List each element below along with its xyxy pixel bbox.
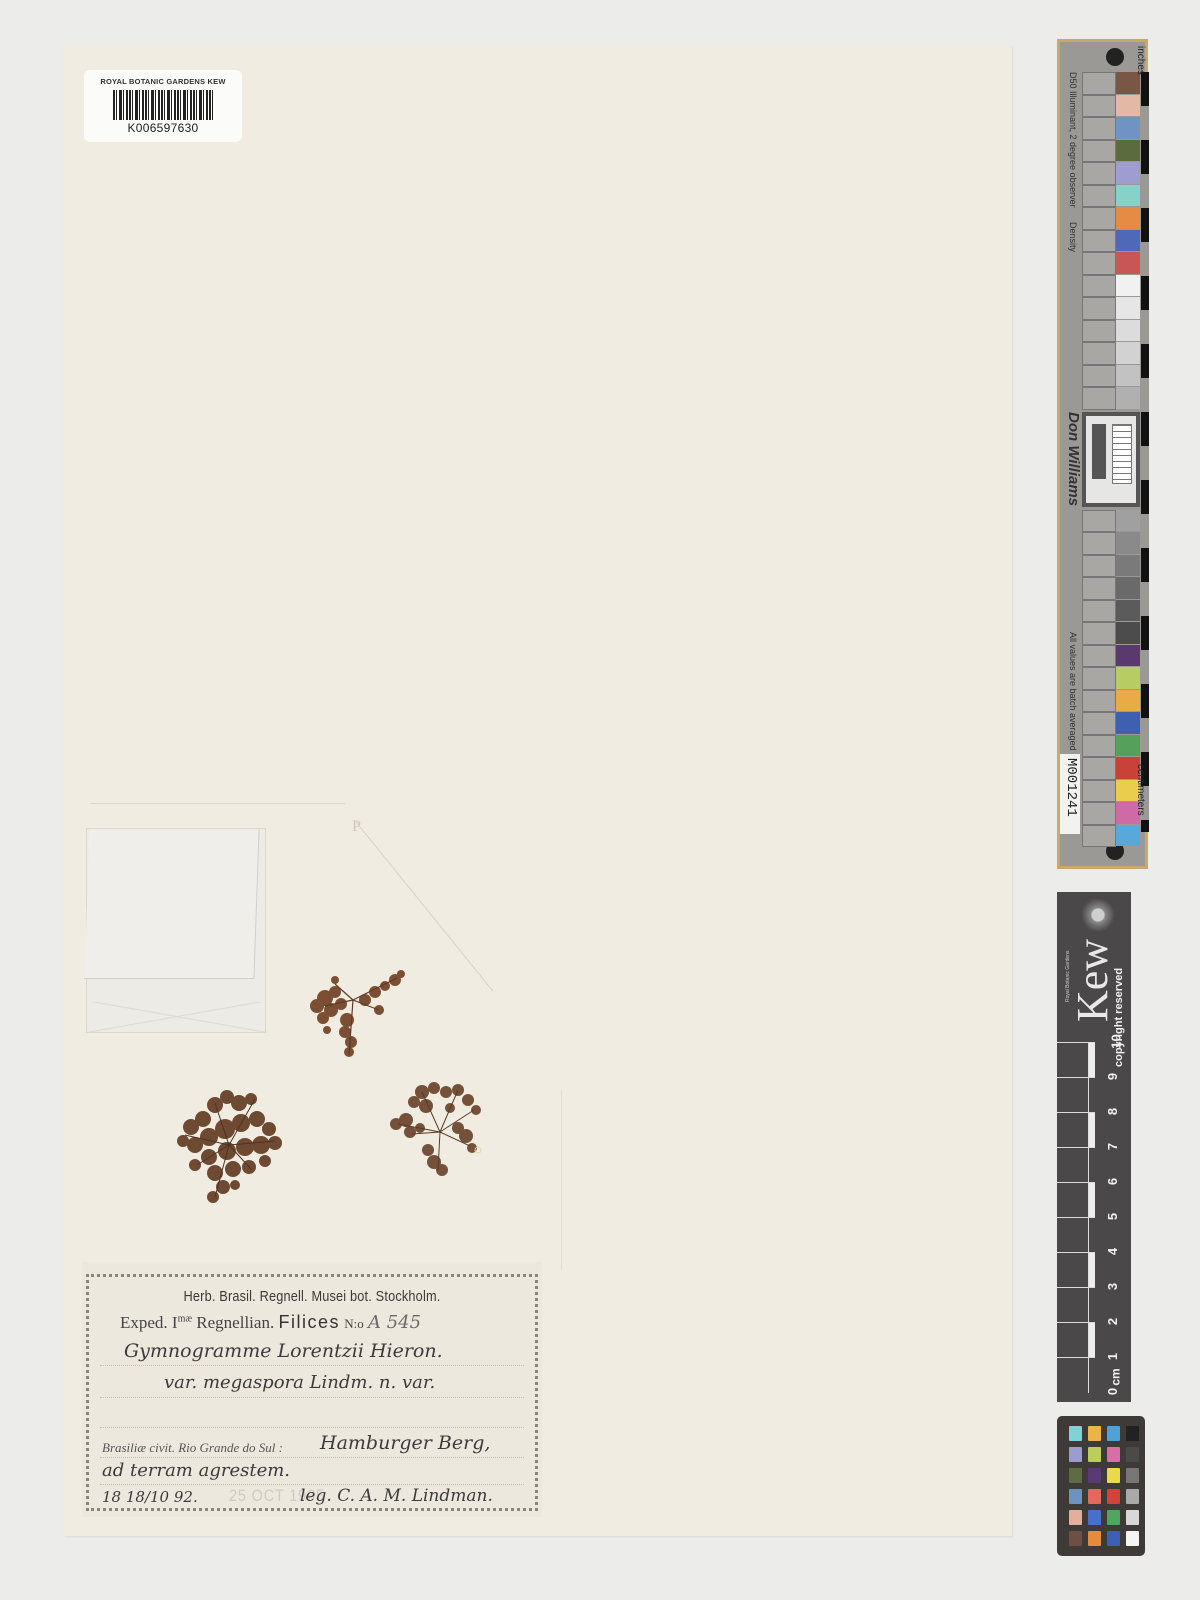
ruler-value-cell (1082, 510, 1116, 533)
ruler-swatch (1116, 667, 1140, 689)
ruler-value-cell (1082, 252, 1116, 275)
ruler-swatch (1116, 117, 1140, 139)
barcode-number: K006597630 (84, 121, 242, 135)
locality-handwritten: Hamburger Berg, (320, 1432, 490, 1454)
checker-patch (1107, 1489, 1120, 1504)
ruler-swatch (1116, 207, 1140, 229)
ruler-swatch (1116, 555, 1140, 577)
cm-scale-segment (1057, 1077, 1095, 1112)
cm-tick-label: 5 (1105, 1213, 1120, 1220)
kew-crest-icon (1081, 898, 1115, 932)
checker-patch (1107, 1468, 1120, 1483)
cm-scale-segment (1057, 1112, 1095, 1147)
ruler-value-cell (1082, 555, 1116, 578)
packet-flap (84, 829, 259, 979)
ruler-value-cell (1082, 757, 1116, 780)
specimen-number: A 545 (368, 1312, 421, 1333)
label-group: Filices (278, 1312, 340, 1332)
cm-scale (1057, 1042, 1095, 1394)
strip-edge-line (561, 1090, 562, 1270)
label-expedition-line: Exped. Imæ Regnellian. Filices N:o A 545 (120, 1312, 421, 1333)
ruler-swatch (1116, 712, 1140, 734)
ruler-swatch (1116, 600, 1140, 622)
ruler-footnote: All values are batch averaged (1068, 632, 1078, 751)
cm-tick-label: 6 (1105, 1178, 1120, 1185)
checker-patch (1088, 1447, 1101, 1462)
ruler-swatch (1116, 252, 1140, 274)
ruler-swatch (1116, 275, 1140, 297)
ruler-value-cell (1082, 735, 1116, 758)
ruler-value-cell (1082, 275, 1116, 298)
ruler-swatch (1116, 735, 1140, 757)
checker-patch (1088, 1489, 1101, 1504)
ruler-value-cell (1082, 577, 1116, 600)
pencil-line (90, 803, 345, 804)
cm-tick-label: 8 (1105, 1108, 1120, 1115)
checker-patch (1107, 1447, 1120, 1462)
checker-patch (1069, 1531, 1082, 1546)
colour-ruler-strip: D50 Illuminant, 2 degree observer Densit… (1057, 39, 1148, 869)
locality-printed: Brasiliæ civit. Rio Grande do Sul : (102, 1440, 283, 1456)
ruler-value-cell (1082, 667, 1116, 690)
ruler-value-cell (1082, 802, 1116, 825)
ruler-id: M001241 (1063, 758, 1079, 817)
ruler-text-column: D50 Illuminant, 2 degree observer Densit… (1064, 72, 1082, 832)
specimen-label: Herb. Brasil. Regnell. Musei bot. Stockh… (82, 1262, 542, 1517)
ruler-swatch (1116, 825, 1140, 847)
ruler-value-cell (1082, 117, 1116, 140)
colour-checker-card (1057, 1416, 1145, 1556)
checker-patch (1069, 1510, 1082, 1525)
barcode-image (113, 90, 213, 120)
ruler-hole-top (1106, 48, 1124, 66)
fern-specimen-left (175, 1085, 290, 1210)
checker-patch (1088, 1426, 1101, 1441)
copyright-text: copyright reserved (1113, 968, 1125, 1067)
ruler-illuminant-text: D50 Illuminant, 2 degree observer (1068, 72, 1078, 208)
ruler-value-cell (1082, 140, 1116, 163)
checker-patch (1126, 1489, 1139, 1504)
ruler-value-cell (1082, 207, 1116, 230)
ruler-value-cell (1082, 230, 1116, 253)
checker-patch (1107, 1426, 1120, 1441)
ruler-value-cell (1082, 622, 1116, 645)
ruler-brand: Don Williams (1065, 412, 1082, 506)
checker-patch (1107, 1510, 1120, 1525)
checker-patch (1088, 1510, 1101, 1525)
ruler-value-cell (1082, 297, 1116, 320)
fragment-packet[interactable] (86, 828, 266, 1033)
ruler-swatch (1116, 72, 1140, 94)
ruler-swatch (1116, 162, 1140, 184)
exped-prefix: Exped. I (120, 1313, 178, 1332)
cm-tick-label: 7 (1105, 1143, 1120, 1150)
label-header: Herb. Brasil. Regnell. Musei bot. Stockh… (117, 1288, 508, 1305)
ruler-value-cell (1082, 95, 1116, 118)
checker-patch (1126, 1468, 1139, 1483)
cm-tick-label: 2 (1105, 1318, 1120, 1325)
ruler-id-tag: M001241 (1060, 754, 1080, 834)
ruler-density-label: Density (1068, 222, 1078, 252)
fern-specimen-top (305, 970, 415, 1060)
checker-patch (1069, 1468, 1082, 1483)
cm-tick-label: 0 (1105, 1388, 1120, 1395)
ruler-swatch (1116, 622, 1140, 644)
barcode-label: ROYAL BOTANIC GARDENS KEW K006597630 (84, 70, 242, 142)
ruler-swatch (1116, 577, 1140, 599)
kew-scale-bar: Kew Royal Botanic Gardens copyright rese… (1057, 892, 1131, 1402)
cm-scale-segment (1057, 1357, 1095, 1392)
ruler-swatch (1116, 342, 1140, 364)
ruler-value-cell (1082, 780, 1116, 803)
checker-patch (1069, 1489, 1082, 1504)
ruler-swatch (1116, 95, 1140, 117)
ruler-swatch (1116, 297, 1140, 319)
ruler-value-cell (1082, 320, 1116, 343)
ruler-swatch (1116, 230, 1140, 252)
ruler-swatch (1116, 140, 1140, 162)
ruler-swatch (1116, 320, 1140, 342)
taxon-variety: var. megaspora Lindm. n. var. (164, 1372, 435, 1393)
checker-patch (1107, 1531, 1120, 1546)
ruler-swatch (1116, 387, 1140, 409)
cm-scale-segment (1057, 1147, 1095, 1182)
cm-tick-label: 4 (1105, 1248, 1120, 1255)
centimeters-label: centimeters (1135, 764, 1146, 816)
fern-specimen-right (388, 1080, 488, 1180)
cm-scale-segment (1057, 1182, 1095, 1217)
collector: leg. C. A. M. Lindman. (300, 1486, 493, 1506)
ruler-value-cell (1082, 365, 1116, 388)
number-prefix: N:o (344, 1316, 364, 1331)
ruler-value-cell (1082, 387, 1116, 410)
cm-tick-label: 9 (1105, 1073, 1120, 1080)
checker-patch (1069, 1426, 1082, 1441)
institution-name: ROYAL BOTANIC GARDENS KEW (84, 77, 242, 86)
ruler-swatch (1116, 365, 1140, 387)
inch-scale (1141, 72, 1149, 832)
exped-suffix: Regnellian. (192, 1313, 274, 1332)
cm-scale-segment (1057, 1042, 1095, 1077)
checker-patch (1126, 1531, 1139, 1546)
packet-fold (87, 1002, 267, 1032)
checker-patch (1069, 1447, 1082, 1462)
ruler-value-cell (1082, 690, 1116, 713)
ruler-value-cell (1082, 72, 1116, 95)
cm-scale-segment (1057, 1252, 1095, 1287)
cm-tick-label: 1 (1105, 1353, 1120, 1360)
ruler-value-cell (1082, 532, 1116, 555)
cm-scale-segment (1057, 1217, 1095, 1252)
ruler-value-cell (1082, 825, 1116, 848)
kew-logo: Kew (1067, 939, 1118, 1022)
ruler-swatch (1116, 532, 1140, 554)
ruler-value-cell (1082, 162, 1116, 185)
ruler-swatch (1116, 185, 1140, 207)
checker-patch (1088, 1531, 1101, 1546)
cm-tick-label: 3 (1105, 1283, 1120, 1290)
checker-patch (1088, 1468, 1101, 1483)
checker-patch (1126, 1447, 1139, 1462)
ruler-value-cell (1082, 645, 1116, 668)
resolution-target (1082, 412, 1140, 507)
ruler-value-cell (1082, 712, 1116, 735)
taxon-name: Gymnogramme Lorentzii Hieron. (124, 1340, 443, 1362)
ruler-value-cell (1082, 185, 1116, 208)
ruler-value-cell (1082, 342, 1116, 365)
exped-superscript: mæ (178, 1313, 192, 1324)
checker-patch (1126, 1510, 1139, 1525)
inches-label: inches (1135, 46, 1146, 75)
cm-scale-segment (1057, 1322, 1095, 1357)
habitat: ad terram agrestem. (102, 1460, 290, 1481)
ruler-value-cell (1082, 600, 1116, 623)
checker-patch (1126, 1426, 1139, 1441)
cm-tick-label: 10 (1109, 1034, 1124, 1048)
ruler-swatch (1116, 510, 1140, 532)
ruler-swatch (1116, 690, 1140, 712)
cm-unit-label: cm (1109, 1368, 1123, 1385)
collection-date: 18 18/10 92. (102, 1488, 198, 1506)
ruler-swatch (1116, 645, 1140, 667)
cm-scale-segment (1057, 1287, 1095, 1322)
kew-subtitle: Royal Botanic Gardens (1065, 951, 1071, 1002)
